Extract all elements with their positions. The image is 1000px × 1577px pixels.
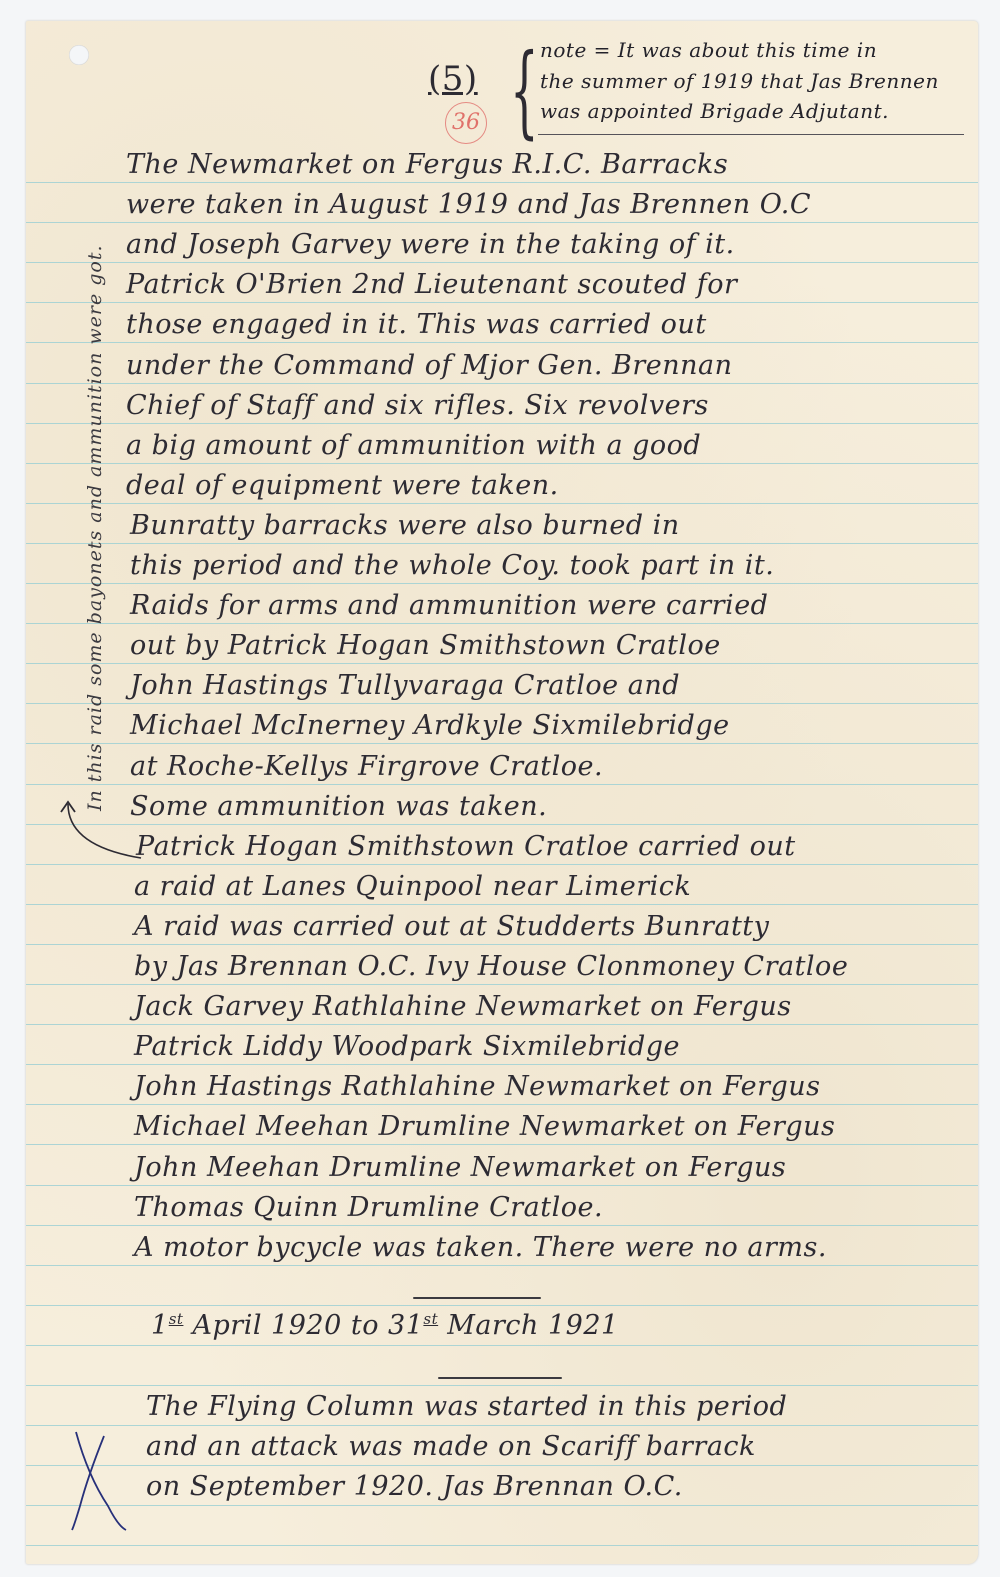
body-line: Jack Garvey Rathlahine Newmarket on Ferg…: [134, 991, 792, 1022]
body-line: Bunratty barracks were also burned in: [130, 510, 680, 541]
date-from-day: 1: [151, 1310, 169, 1341]
ruled-line: [26, 1425, 978, 1426]
date-to: March 1921: [447, 1310, 618, 1341]
date-from-suffix: st: [169, 1310, 184, 1328]
ruled-line: [26, 1225, 978, 1226]
body-line: Patrick O'Brien 2nd Lieutenant scouted f…: [126, 269, 737, 300]
ruled-line: [26, 543, 978, 544]
body-line: The Newmarket on Fergus R.I.C. Barracks: [126, 149, 728, 180]
body-line: Some ammunition was taken.: [130, 791, 547, 822]
ruled-line: [26, 824, 978, 825]
ruled-line: [26, 302, 978, 303]
body-line: John Meehan Drumline Newmarket on Fergus: [134, 1152, 786, 1183]
body-line: John Hastings Rathlahine Newmarket on Fe…: [134, 1071, 821, 1102]
ruled-line: [26, 703, 978, 704]
ruled-line: [26, 1064, 978, 1065]
body-line: those engaged in it. This was carried ou…: [126, 309, 707, 340]
ruled-line: [26, 1505, 978, 1506]
divider: [413, 1297, 541, 1299]
body-line: Patrick Hogan Smithstown Cratloe carried…: [136, 831, 796, 862]
body-line: Michael Meehan Drumline Newmarket on Fer…: [134, 1111, 835, 1142]
ruled-line: [26, 1144, 978, 1145]
body-line: at Roche-Kellys Firgrove Cratloe.: [130, 751, 603, 782]
ruled-line: [26, 944, 978, 945]
ruled-line: [26, 583, 978, 584]
ruled-line: [26, 663, 978, 664]
body-line: Raids for arms and ammunition were carri…: [130, 590, 768, 621]
ruled-line: [26, 904, 978, 905]
ruled-line: [26, 463, 978, 464]
body-line: and Joseph Garvey were in the taking of …: [126, 229, 735, 260]
body-line: out by Patrick Hogan Smithstown Cratloe: [130, 630, 721, 661]
ruled-line: [26, 342, 978, 343]
closing-line: The Flying Column was started in this pe…: [146, 1391, 787, 1422]
note-line: was appointed Brigade Adjutant.: [540, 99, 889, 123]
x-mark-icon: [68, 1426, 128, 1536]
ruled-line: [26, 623, 978, 624]
ruled-line: [26, 1305, 978, 1306]
body-line: A raid was carried out at Studderts Bunr…: [134, 911, 769, 942]
folio-stamp: 36: [445, 102, 487, 144]
ruled-line: [26, 1545, 978, 1546]
ruled-line: [26, 864, 978, 865]
note-line: note = It was about this time in: [540, 38, 877, 62]
ruled-line: [26, 423, 978, 424]
body-line: Michael McInerney Ardkyle Sixmilebridge: [130, 710, 730, 741]
ruled-line: [26, 1104, 978, 1105]
body-line: John Hastings Tullyvaraga Cratloe and: [130, 670, 680, 701]
margin-note: In this raid some bayonets and ammunitio…: [84, 244, 106, 811]
ruled-line: [26, 743, 978, 744]
ruled-line: [26, 1265, 978, 1266]
divider: [438, 1377, 562, 1379]
ruled-line: [26, 1345, 978, 1346]
body-line: deal of equipment were taken.: [126, 470, 559, 501]
ruled-line: [26, 1465, 978, 1466]
ruled-line: [26, 383, 978, 384]
ruled-line: [26, 1385, 978, 1386]
ruled-line: [26, 1024, 978, 1025]
closing-line: on September 1920. Jas Brennan O.C.: [146, 1471, 683, 1502]
body-line: by Jas Brennan O.C. Ivy House Clonmoney …: [134, 951, 848, 982]
date-from: April 1920 to 31: [193, 1310, 424, 1341]
document-page: (5) 36 { note = It was about this time i…: [26, 21, 978, 1564]
date-heading: 1st April 1920 to 31st March 1921: [151, 1310, 619, 1341]
body-line: under the Command of Mjor Gen. Brennan: [126, 350, 733, 381]
body-line: a raid at Lanes Quinpool near Limerick: [134, 871, 691, 902]
body-line: this period and the whole Coy. took part…: [130, 550, 774, 581]
ruled-line: [26, 222, 978, 223]
date-to-suffix: st: [423, 1310, 438, 1328]
ruled-line: [26, 984, 978, 985]
page-number: (5): [428, 59, 478, 99]
ruled-line: [26, 182, 978, 183]
body-line: a big amount of ammunition with a good: [126, 430, 701, 461]
closing-line: and an attack was made on Scariff barrac…: [146, 1431, 756, 1462]
body-line: A motor bycycle was taken. There were no…: [134, 1232, 827, 1263]
body-line: Patrick Liddy Woodpark Sixmilebridge: [134, 1031, 680, 1062]
ruled-line: [26, 503, 978, 504]
ruled-line: [26, 1185, 978, 1186]
note-underline: [538, 134, 964, 135]
ruled-line: [26, 784, 978, 785]
body-line: Chief of Staff and six rifles. Six revol…: [126, 390, 709, 421]
body-line: were taken in August 1919 and Jas Brenne…: [126, 189, 811, 220]
body-line: Thomas Quinn Drumline Cratloe.: [134, 1192, 603, 1223]
ruled-line: [26, 262, 978, 263]
brace-icon: {: [510, 41, 539, 141]
punch-hole: [69, 45, 89, 65]
note-line: the summer of 1919 that Jas Brennen: [540, 69, 939, 93]
